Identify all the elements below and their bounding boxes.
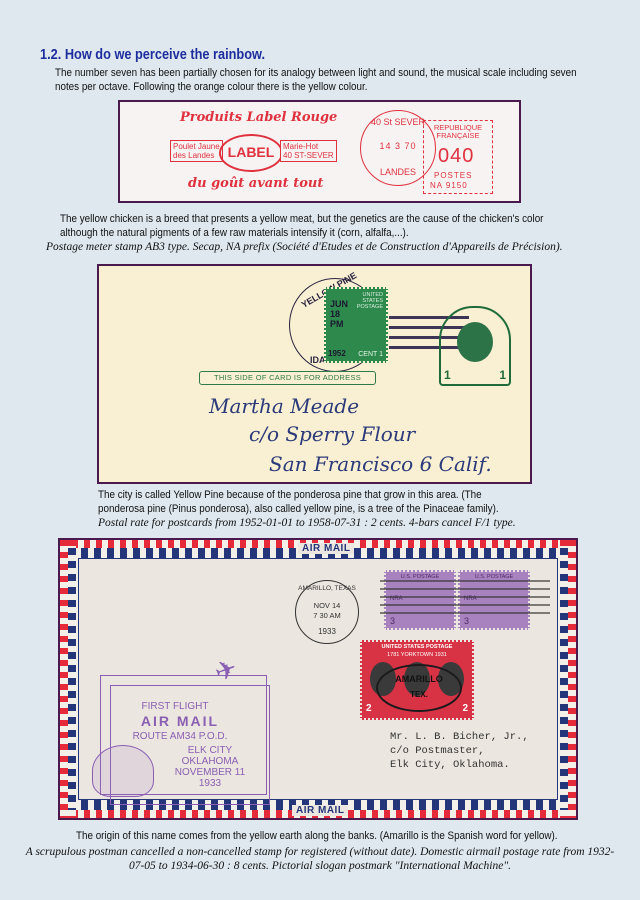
meter-caption: The yellow chicken is a breed that prese… [60, 212, 579, 240]
meter-right-box: Marie-Hot 40 ST-SEVER [280, 140, 337, 162]
yorktown-header: UNITED STATES POSTAGE [362, 644, 472, 650]
meter-machine-number: NA 9150 [430, 181, 468, 190]
meter-postmark-town: 40 St SEVER [367, 117, 429, 127]
meter-country-line2: FRANÇAISE [424, 132, 492, 140]
green-one-cent-stamp: UNITED STATES POSTAGE JUN 18 PM 1952 CEN… [324, 287, 388, 363]
postmark-year: 1952 [328, 349, 346, 358]
postmark-date-block: JUN 18 PM [330, 299, 348, 329]
amarillo-postmark-date: NOV 14 [296, 601, 358, 610]
amarillo-oval-cancel: AMARILLO TEX. [376, 664, 462, 712]
cachet-air-mail: AIR MAIL [110, 713, 250, 729]
address-line-1: Martha Meade [209, 394, 359, 418]
meter-postes: POSTES [434, 171, 472, 180]
cover-address-line-1: Mr. L. B. Bicher, Jr., [390, 730, 529, 744]
address-line-3: San Francisco 6 Calif. [269, 452, 492, 476]
air-mail-label-top: AIR MAIL [298, 543, 354, 554]
postmark-time: PM [330, 319, 348, 329]
amarillo-postmark-town: AMARILLO, TEXAS [296, 585, 358, 592]
meter-slogan-top: Produits Label Rouge [180, 110, 337, 125]
airmail-note: A scrupulous postman cancelled a non-can… [20, 845, 620, 873]
postmark-day: 18 [330, 309, 348, 319]
meter-left-line2: des Landes [173, 151, 220, 160]
yorktown-stamp: UNITED STATES POSTAGE 1781 YORKTOWN 1931… [360, 640, 474, 720]
meter-right-line1: Marie-Hot [283, 142, 334, 151]
nra-stamp-2: U.S. POSTAGE NRA 3 [458, 570, 530, 630]
postmark-month: JUN [330, 299, 348, 309]
stamp-header-3: POSTAGE [357, 304, 383, 310]
meter-left-line1: Poulet Jaune [173, 142, 220, 151]
yorktown-value-left: 2 [366, 703, 372, 714]
cachet-year: 1933 [160, 778, 260, 790]
nra-stamp-1: U.S. POSTAGE NRA 3 [384, 570, 456, 630]
cover-address: Mr. L. B. Bicher, Jr., c/o Postmaster, E… [390, 730, 529, 772]
postcard-image: YELLOW PINE IDAHO UNITED STATES POSTAGE … [97, 264, 532, 484]
amarillo-postmark-time: 7 30 AM [296, 611, 358, 620]
indicia-value-right: 1 [499, 368, 506, 382]
meter-right-line2: 40 ST-SEVER [283, 151, 334, 160]
cachet-route: ROUTE AM34 P.O.D. [110, 731, 250, 743]
meter-value-box: REPUBLIQUE FRANÇAISE 040 POSTES NA 9150 [423, 120, 493, 194]
airmail-cover-image: AIR MAIL AIR MAIL AMARILLO, TEXAS NOV 14… [58, 538, 578, 820]
oval-cancel-town: AMARILLO [378, 674, 460, 684]
label-logo: LABEL [219, 134, 283, 172]
nra-stamp-1-value: 3 [390, 616, 395, 626]
page-title: 1.2. How do we perceive the rainbow. [40, 47, 265, 63]
indicia-value-left: 1 [444, 368, 451, 382]
yorktown-title: YORKTOWN [401, 652, 433, 658]
yorktown-year-right: 1931 [435, 652, 447, 658]
meter-country: REPUBLIQUE FRANÇAISE [424, 124, 492, 140]
amarillo-postmark: AMARILLO, TEXAS NOV 14 7 30 AM 1933 [295, 580, 359, 644]
airmail-caption: The origin of this name comes from the y… [76, 829, 604, 843]
meter-left-box: Poulet Jaune des Landes [170, 140, 223, 162]
yorktown-year-left: 1781 [387, 652, 399, 658]
stamp-header: UNITED STATES POSTAGE [357, 292, 383, 310]
cover-address-line-3: Elk City, Oklahoma. [390, 758, 529, 772]
stamp-value: CENT 1 [358, 351, 383, 358]
cover-address-line-2: c/o Postmaster, [390, 744, 529, 758]
airmail-border-left-inner [68, 548, 76, 810]
cachet-first-flight: FIRST FLIGHT [110, 701, 240, 713]
yorktown-value-right: 2 [462, 703, 468, 714]
postcard-note: Postal rate for postcards from 1952-01-0… [98, 516, 568, 530]
nra-stamp-1-label: NRA [390, 596, 403, 602]
amarillo-postmark-year: 1933 [296, 627, 358, 636]
address-label-box: THIS SIDE OF CARD IS FOR ADDRESS [199, 371, 376, 385]
wavy-cancel [380, 580, 550, 582]
postcard-caption: The city is called Yellow Pine because o… [98, 488, 529, 516]
nra-stamp-2-label: NRA [464, 596, 477, 602]
air-mail-label-bottom: AIR MAIL [292, 805, 348, 816]
airmail-border-right-inner [560, 548, 568, 810]
meter-value: 040 [438, 145, 474, 168]
meter-note: Postage meter stamp AB3 type. Secap, NA … [46, 240, 636, 254]
nra-stamp-2-value: 3 [464, 616, 469, 626]
imprinted-indicia: 1 1 [439, 306, 511, 386]
address-line-2: c/o Sperry Flour [249, 422, 415, 446]
yorktown-sub: 1781 YORKTOWN 1931 [362, 652, 472, 658]
bison-icon [92, 745, 154, 797]
portrait-icon [457, 322, 493, 362]
meter-slogan-bottom: du goût avant tout [188, 176, 323, 191]
oval-cancel-state: TEX. [378, 690, 460, 699]
meter-stamp-image: Produits Label Rouge Poulet Jaune des La… [118, 100, 521, 203]
intro-text: The number seven has been partially chos… [55, 66, 601, 94]
first-flight-cachet: ✈ FIRST FLIGHT AIR MAIL ROUTE AM34 P.O.D… [100, 675, 290, 805]
